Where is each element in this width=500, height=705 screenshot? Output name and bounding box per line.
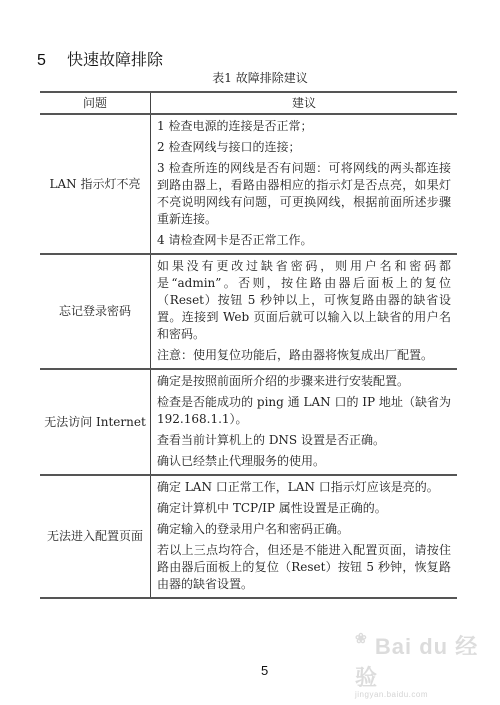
table-row: 无法进入配置页面 确定 LAN 口正常工作，LAN 口指示灯应该是亮的。 确定计… — [40, 475, 457, 598]
problem-cell: 无法访问 Internet — [40, 369, 151, 475]
advice-line: 如果没有更改过缺省密码，则用户名和密码都是“admin”。否则，按住路由器后面板… — [157, 258, 451, 343]
advice-line: 查看当前计算机上的 DNS 设置是否正确。 — [157, 432, 451, 449]
advice-line: 1 检查电源的连接是否正常； — [157, 118, 451, 135]
watermark-brand: ❀ Bai du 经验 — [355, 630, 495, 692]
problem-cell: 无法进入配置页面 — [40, 475, 151, 598]
advice-line: 确定是按照前面所介绍的步骤来进行安装配置。 — [157, 373, 451, 390]
advice-cell: 如果没有更改过缺省密码，则用户名和密码都是“admin”。否则，按住路由器后面板… — [151, 254, 458, 369]
table-header-row: 问题 建议 — [40, 92, 457, 114]
table-row: 忘记登录密码 如果没有更改过缺省密码，则用户名和密码都是“admin”。否则，按… — [40, 254, 457, 369]
table-row: LAN 指示灯不亮 1 检查电源的连接是否正常； 2 检查网线与接口的连接； 3… — [40, 114, 457, 254]
advice-line: 若以上三点均符合，但还是不能进入配置页面，请按住路由器后面板上的复位（Reset… — [157, 542, 451, 593]
section-number: 5 — [37, 52, 67, 70]
section-heading: 5 快速故障排除 — [37, 47, 163, 70]
advice-line: 2 检查网线与接口的连接； — [157, 139, 451, 156]
advice-line: 确定 LAN 口正常工作，LAN 口指示灯应该是亮的。 — [157, 479, 451, 496]
watermark-url: jingyan.baidu.com — [355, 690, 495, 699]
advice-cell: 1 检查电源的连接是否正常； 2 检查网线与接口的连接； 3 检查所连的网线是否… — [151, 114, 458, 254]
header-advice: 建议 — [151, 92, 458, 114]
advice-line: 确认已经禁止代理服务的使用。 — [157, 453, 451, 470]
table-caption: 表1 故障排除建议 — [0, 69, 500, 86]
baidu-watermark: ❀ Bai du 经验 jingyan.baidu.com — [355, 630, 495, 690]
advice-line: 注意：使用复位功能后，路由器将恢复成出厂配置。 — [157, 347, 451, 364]
page-number: 5 — [261, 663, 268, 678]
header-problem: 问题 — [40, 92, 151, 114]
advice-cell: 确定 LAN 口正常工作，LAN 口指示灯应该是亮的。 确定计算机中 TCP/I… — [151, 475, 458, 598]
problem-cell: 忘记登录密码 — [40, 254, 151, 369]
table-row: 无法访问 Internet 确定是按照前面所介绍的步骤来进行安装配置。 检查是否… — [40, 369, 457, 475]
advice-line: 3 检查所连的网线是否有问题：可将网线的两头都连接到路由器上，看路由器相应的指示… — [157, 160, 451, 228]
section-title: 快速故障排除 — [67, 47, 163, 70]
paw-icon: ❀ — [355, 630, 368, 646]
advice-line: 检查是否能成功的 ping 通 LAN 口的 IP 地址（缺省为 192.168… — [157, 394, 451, 428]
problem-cell: LAN 指示灯不亮 — [40, 114, 151, 254]
advice-cell: 确定是按照前面所介绍的步骤来进行安装配置。 检查是否能成功的 ping 通 LA… — [151, 369, 458, 475]
advice-line: 确定输入的登录用户名和密码正确。 — [157, 521, 451, 538]
advice-line: 4 请检查网卡是否正常工作。 — [157, 232, 451, 249]
advice-line: 确定计算机中 TCP/IP 属性设置是正确的。 — [157, 500, 451, 517]
troubleshooting-table: 问题 建议 LAN 指示灯不亮 1 检查电源的连接是否正常； 2 检查网线与接口… — [40, 91, 457, 599]
